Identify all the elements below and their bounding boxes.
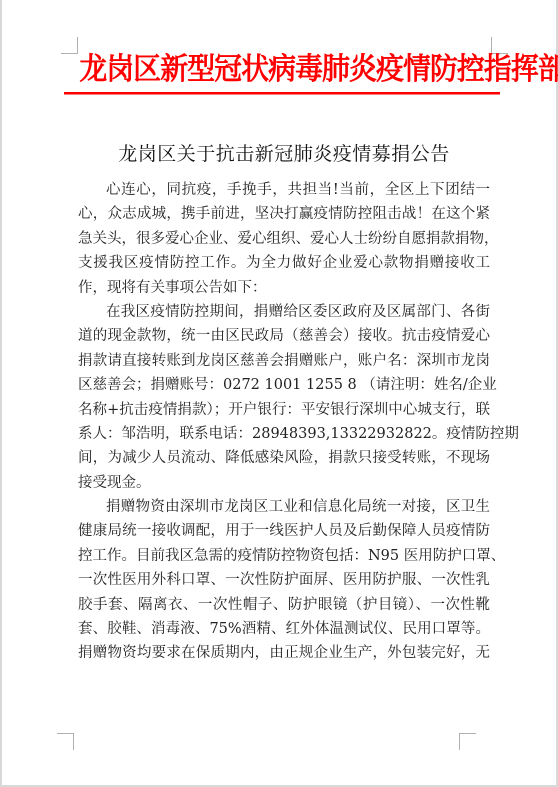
paragraph-3-line: 胶手套、隔离衣、一次性帽子、防护眼镜（护目镜）、一次性靴 xyxy=(78,593,490,617)
paragraph-1-line: 作，现将有关事项公告如下： xyxy=(78,276,490,300)
paragraph-1-line: 心连心，同抗疫，手挽手，共担当!当前，全区上下团结一 xyxy=(78,178,490,202)
paragraph-2-line: 在我区疫情防控期间，捐赠给区委区政府及区属部门、各街 xyxy=(78,300,490,324)
paragraph-1-line: 急关头，很多爱心企业、爱心组织、爱心人士纷纷自愿捐款捐物， xyxy=(78,227,490,251)
paragraph-2-line: 系人：邹浩明，联系电话：28948393,13322932822。疫情防控期 xyxy=(78,422,490,446)
document-body: 心连心，同抗疫，手挽手，共担当!当前，全区上下团结一 心，众志成城，携手前进，坚… xyxy=(78,178,490,666)
paragraph-1-line: 支援我区疫情防控工作。为全力做好企业爱心款物捐赠接收工 xyxy=(78,251,490,275)
paragraph-3-line: 捐赠物资均要求在保质期内，由正规企业生产，外包装完好，无 xyxy=(78,641,490,665)
paragraph-2-line: 道的现金款物，统一由区民政局（慈善会）接收。抗击疫情爱心 xyxy=(78,324,490,348)
margin-corner-mark-top-left xyxy=(61,37,78,54)
paragraph-2-line: 间，为减少人员流动、降低感染风险，捐款只接受转账，不现场 xyxy=(78,446,490,470)
paragraph-3-line: 套、胶鞋、消毒液、75%酒精、红外体温测试仪、民用口罩等。 xyxy=(78,617,490,641)
paragraph-1-line: 心，众志成城，携手前进，坚决打赢疫情防控阻击战！在这个紧 xyxy=(78,202,490,226)
masthead-red-rule-shadow xyxy=(64,94,500,95)
margin-corner-mark-bottom-left xyxy=(57,733,74,750)
paragraph-2-line: 区慈善会；捐赠账号：0272 1001 1255 8 （请注明：姓名/企业 xyxy=(78,373,490,397)
paragraph-2-line: 名称+抗击疫情捐款）；开户银行：平安银行深圳中心城支行，联 xyxy=(78,398,490,422)
margin-corner-mark-bottom-right xyxy=(459,733,476,750)
paragraph-3-line: 一次性医用外科口罩、一次性防护面屏、医用防护服、一次性乳 xyxy=(78,568,490,592)
document-page: 龙岗区新型冠状病毒肺炎疫情防控指挥部 龙岗区关于抗击新冠肺炎疫情募捐公告 心连心… xyxy=(0,0,558,787)
red-masthead: 龙岗区新型冠状病毒肺炎疫情防控指挥部 xyxy=(79,50,486,90)
paragraph-3-line: 控工作。目前我区急需的疫情防控物资包括：N95 医用防护口罩、 xyxy=(78,544,490,568)
paragraph-3-line: 捐赠物资由深圳市龙岗区工业和信息化局统一对接，区卫生 xyxy=(78,495,490,519)
document-title: 龙岗区关于抗击新冠肺炎疫情募捐公告 xyxy=(78,140,490,168)
paragraph-2-line: 捐款请直接转账到龙岗区慈善会捐赠账户，账户名：深圳市龙岗 xyxy=(78,349,490,373)
paragraph-3-line: 健康局统一接收调配，用于一线医护人员及后勤保障人员疫情防 xyxy=(78,519,490,543)
paragraph-2-line: 接受现金。 xyxy=(78,471,490,495)
